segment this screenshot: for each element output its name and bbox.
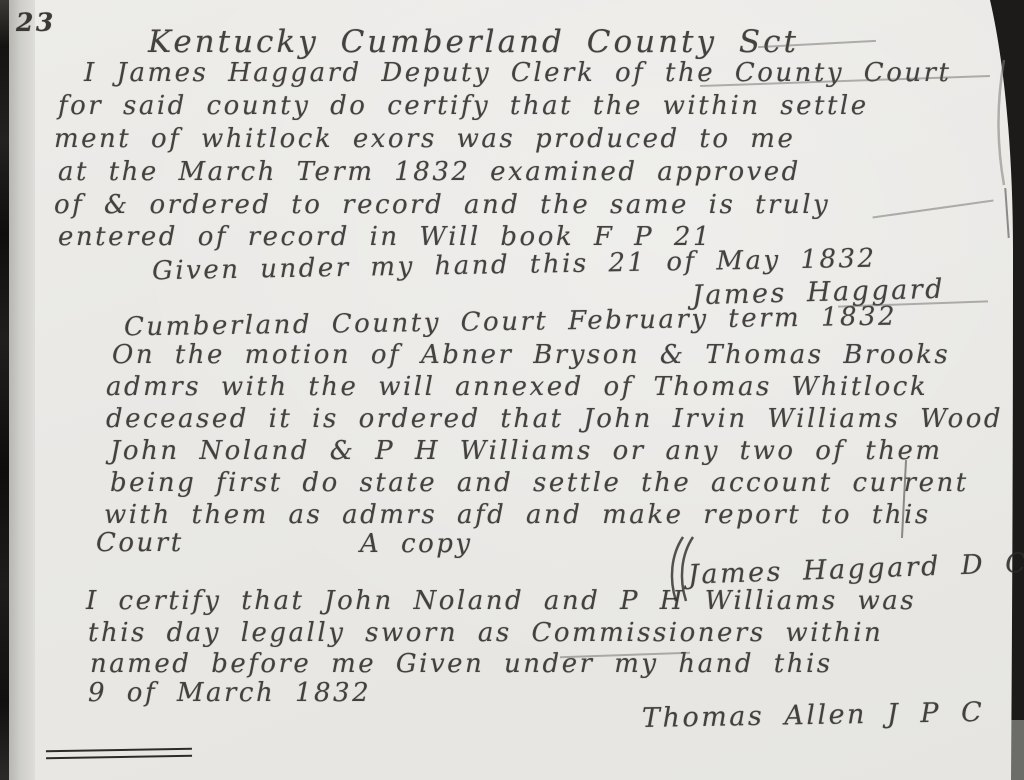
doc-line: with them as admrs afd and make report t… [104, 500, 931, 530]
right-binding-edge [980, 0, 1024, 780]
doc-line: this day legally sworn as Commissioners … [88, 618, 883, 648]
signature-thomas-allen: Thomas Allen J P C [642, 697, 985, 734]
doc-line: Court [96, 528, 184, 558]
doc-line: 9 of March 1832 [88, 678, 371, 708]
doc-line: of & ordered to record and the same is t… [54, 190, 830, 220]
doc-line: On the motion of Abner Bryson & Thomas B… [112, 340, 950, 370]
doc-line: I certify that John Noland and P H Willi… [86, 586, 916, 616]
doc-line: at the March Term 1832 examined approved [58, 157, 801, 187]
doc-line: ment of whitlock exors was produced to m… [54, 124, 795, 154]
doc-line: named before me Given under my hand this [90, 649, 833, 679]
doc-line: John Noland & P H Williams or any two of… [110, 436, 943, 466]
doc-line: I James Haggard Deputy Clerk of the Coun… [84, 58, 951, 88]
page-number: 23 [16, 8, 56, 37]
record-heading: Kentucky Cumberland County Sct [148, 24, 799, 60]
doc-line: deceased it is ordered that John Irvin W… [106, 404, 1003, 434]
left-margin-band [9, 0, 35, 780]
stray-mark [872, 200, 993, 219]
doc-line: for said county do certify that the with… [58, 91, 869, 121]
closing-rule [46, 748, 192, 760]
attestation-a-copy: A copy [360, 529, 473, 559]
doc-line: Cumberland County Court February term 18… [124, 302, 897, 343]
signature-james-haggard-dcc: James Haggard D C C [688, 546, 1024, 590]
pen-flourish [655, 535, 699, 603]
doc-line: admrs with the will annexed of Thomas Wh… [106, 372, 928, 402]
doc-line: being first do state and settle the acco… [110, 468, 969, 498]
scanned-court-record-page: 23 Kentucky Cumberland County Sct I Jame… [0, 0, 1024, 780]
left-binding-edge [0, 0, 9, 780]
